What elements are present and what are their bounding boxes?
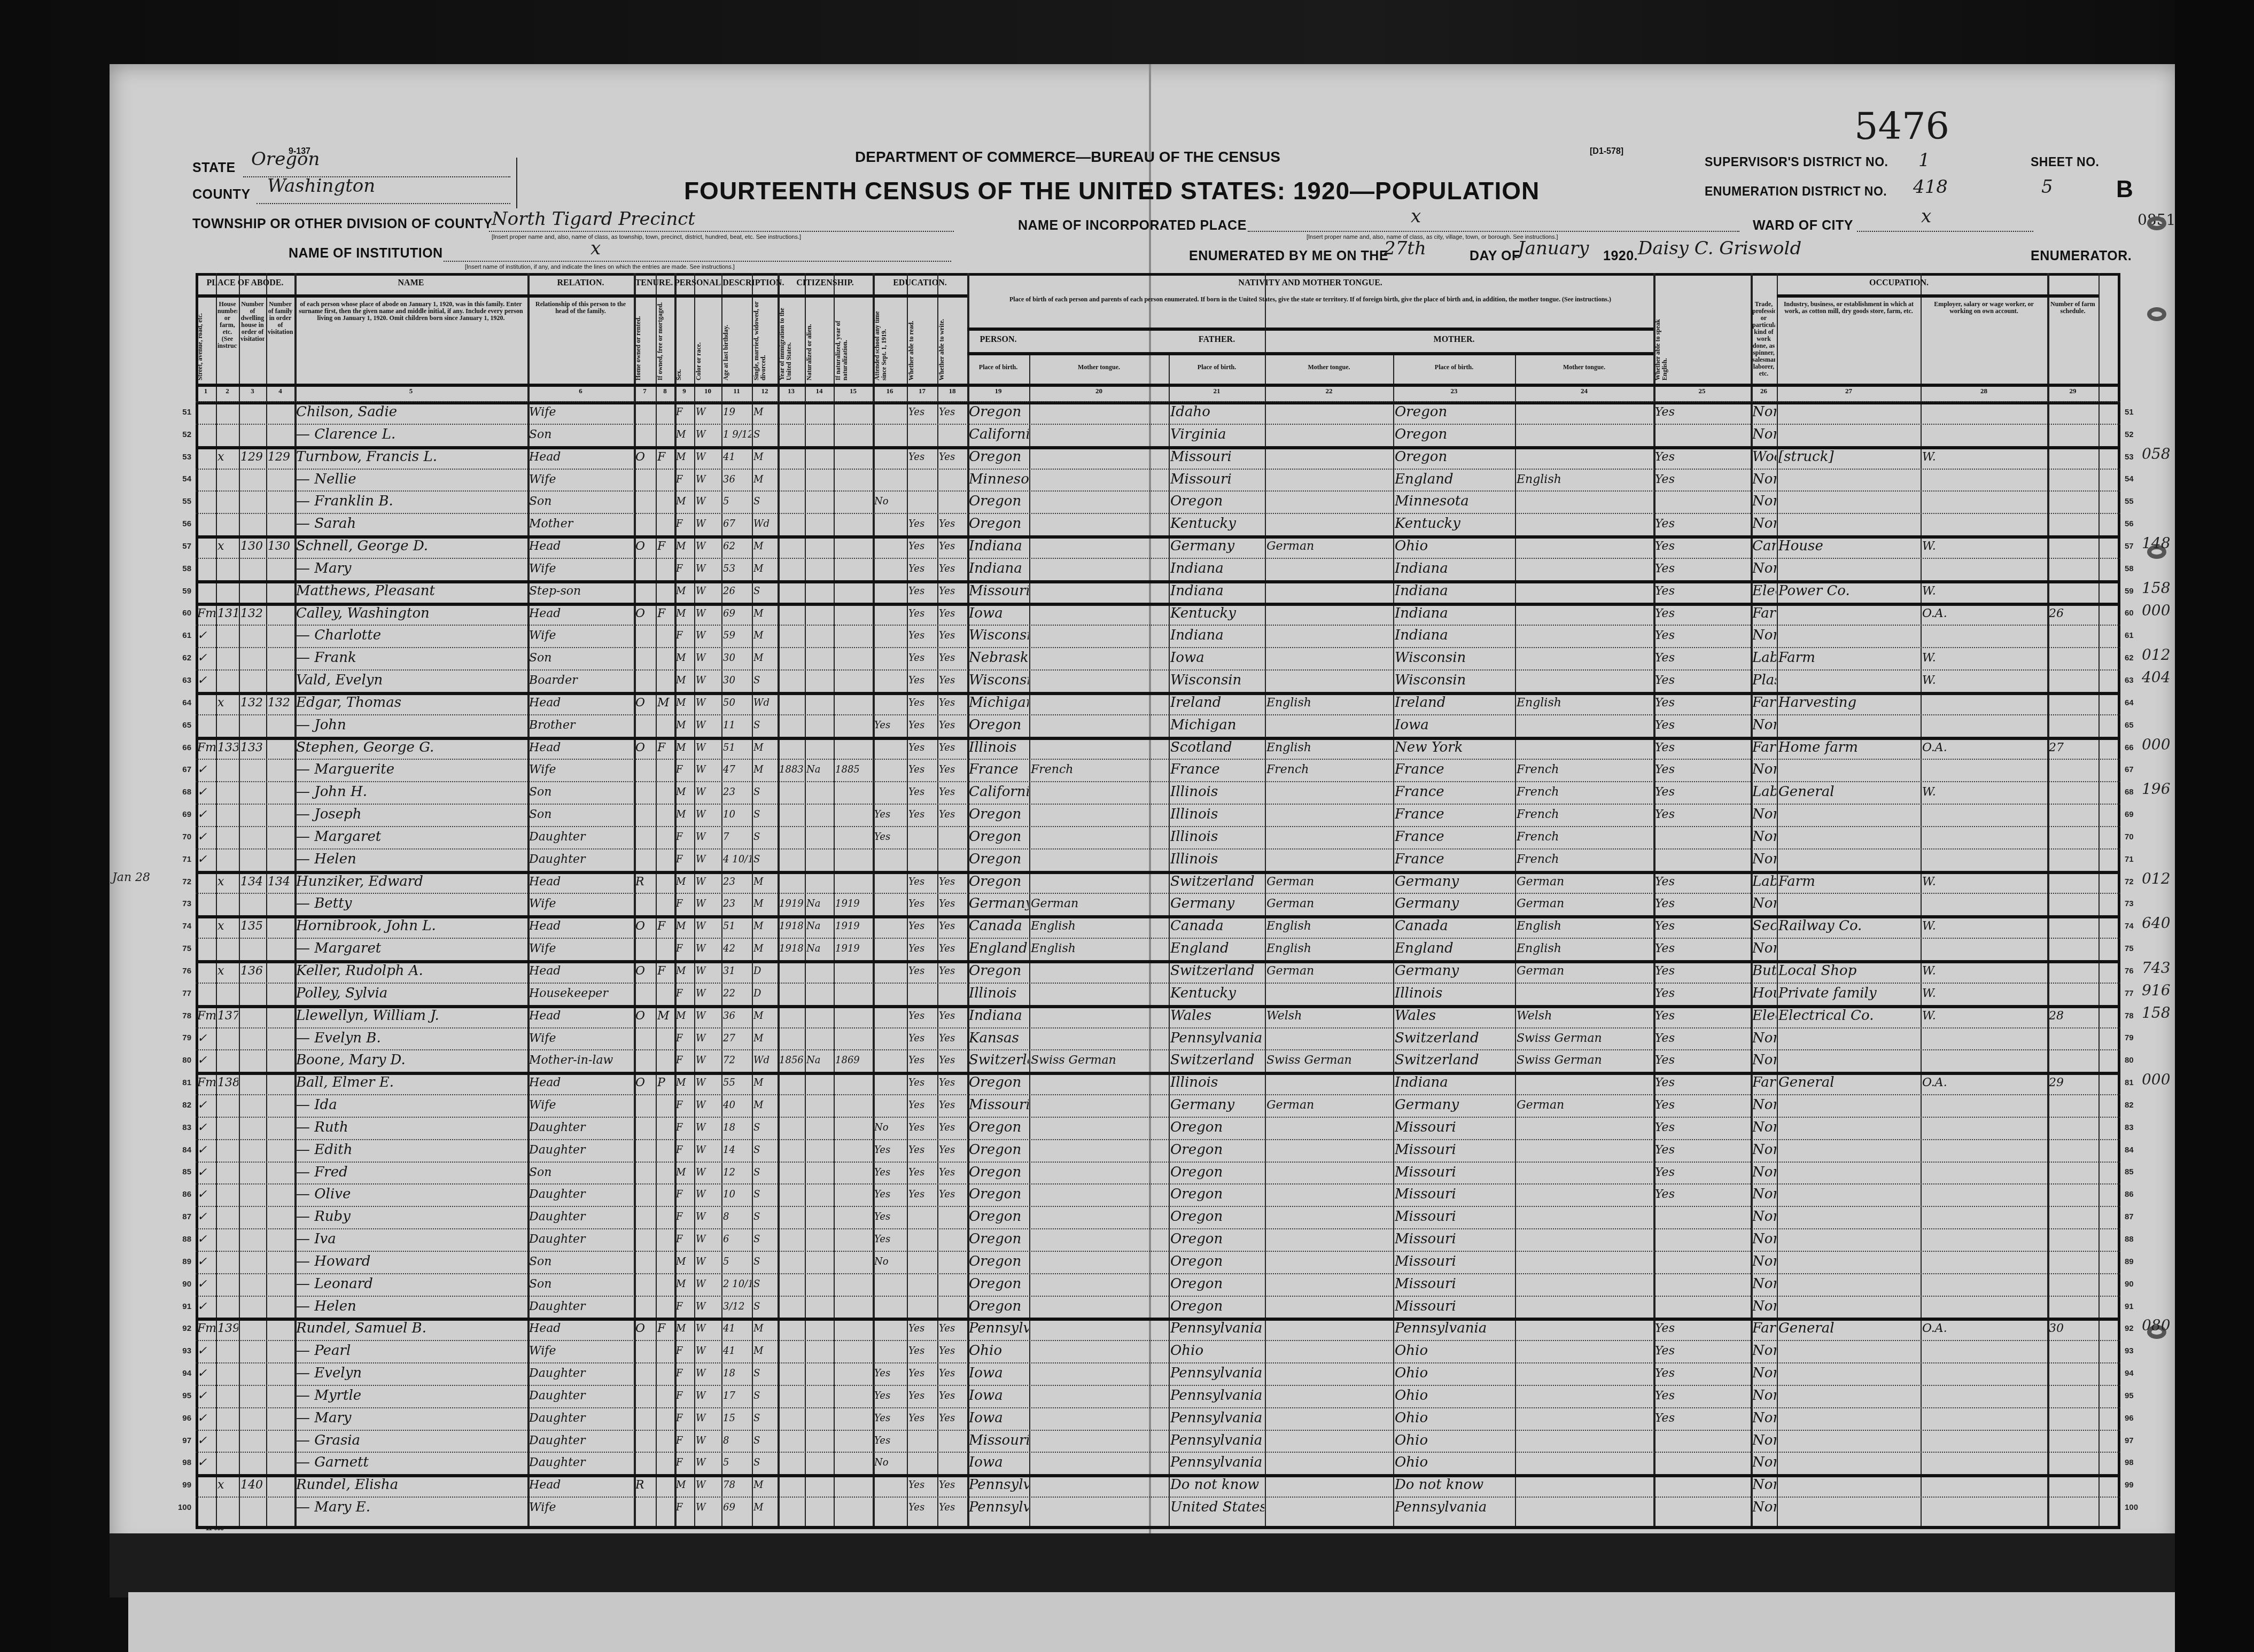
cell-mpob[interactable]: Germany [1395, 893, 1514, 915]
cell-age[interactable]: 36 [723, 1005, 751, 1027]
cell-write[interactable]: Yes [939, 446, 967, 469]
cell-mpob[interactable]: Missouri [1395, 1206, 1514, 1228]
cell-mpob[interactable]: Wales [1395, 1005, 1514, 1027]
cell-fpob[interactable]: Do not know [1170, 1474, 1264, 1497]
cell-trade[interactable]: None [1752, 893, 1776, 915]
cell-fpob[interactable]: Kentucky [1170, 603, 1264, 625]
cell-write[interactable]: Yes [939, 647, 967, 669]
cell-write[interactable]: Yes [939, 558, 967, 580]
cell-pob[interactable]: Iowa [969, 1385, 1029, 1407]
cell-name[interactable]: Vald, Evelyn [296, 669, 527, 692]
cell-ms[interactable]: S [753, 1251, 777, 1273]
cell-c2[interactable]: x [217, 446, 238, 469]
cell-rel[interactable]: Mother-in-law [529, 1049, 633, 1072]
cell-c16[interactable]: Yes [874, 1228, 906, 1251]
cell-pob[interactable]: Oregon [969, 804, 1029, 826]
cell-age[interactable]: 40 [723, 1094, 751, 1117]
cell-read[interactable]: Yes [908, 1162, 937, 1184]
cell-age[interactable]: 53 [723, 558, 751, 580]
cell-c8[interactable]: F [657, 446, 674, 469]
cell-rel[interactable]: Daughter [529, 826, 633, 848]
cell-read[interactable]: Yes [908, 938, 937, 960]
cell-age[interactable]: 55 [723, 1072, 751, 1094]
cell-ms[interactable]: S [753, 1407, 777, 1430]
cell-trade[interactable]: Wood Chopper [1752, 446, 1776, 469]
cell-fpob[interactable]: Pennsylvania [1170, 1452, 1264, 1474]
cell-read[interactable]: Yes [908, 1318, 937, 1340]
cell-mpob[interactable]: Missouri [1395, 1296, 1514, 1318]
cell-sex[interactable]: M [676, 446, 694, 469]
cell-mpob[interactable]: England [1395, 938, 1514, 960]
cell-race[interactable]: W [696, 1117, 721, 1139]
cell-fpob[interactable]: Oregon [1170, 1183, 1264, 1206]
cell-c1[interactable]: ✓ [197, 804, 215, 826]
cell-rel[interactable]: Wife [529, 1027, 633, 1050]
cell-race[interactable]: W [696, 848, 721, 871]
cell-mmt[interactable]: Swiss German [1517, 1049, 1653, 1072]
cell-mpob[interactable]: Ohio [1395, 1430, 1514, 1452]
cell-trade[interactable]: None [1752, 1251, 1776, 1273]
cell-c3[interactable]: 133 [240, 737, 266, 759]
cell-mpob[interactable]: Ohio [1395, 1340, 1514, 1362]
cell-c1[interactable]: ✓ [197, 781, 215, 804]
cell-c2[interactable]: x [217, 960, 238, 983]
cell-name[interactable]: — Joseph [296, 804, 527, 826]
cell-ms[interactable]: S [753, 781, 777, 804]
cell-c1[interactable]: ✓ [197, 1452, 215, 1474]
cell-age[interactable]: 14 [723, 1139, 751, 1162]
cell-fpob[interactable]: Switzerland [1170, 960, 1264, 983]
cell-write[interactable]: Yes [939, 960, 967, 983]
cell-read[interactable]: Yes [908, 871, 937, 893]
cell-name[interactable]: — Helen [296, 1296, 527, 1318]
cell-c1[interactable]: ✓ [197, 759, 215, 781]
cell-fpob[interactable]: Pennsylvania [1170, 1027, 1264, 1050]
cell-sex[interactable]: F [676, 1206, 694, 1228]
cell-name[interactable]: — Clarence L. [296, 424, 527, 446]
cell-emp[interactable]: O.A. [1922, 737, 2047, 759]
cell-race[interactable]: W [696, 1139, 721, 1162]
cell-read[interactable]: Yes [908, 647, 937, 669]
cell-fmt[interactable]: German [1266, 1094, 1393, 1117]
cell-pob[interactable]: Oregon [969, 1296, 1029, 1318]
cell-c1[interactable]: ✓ [197, 1183, 215, 1206]
cell-age[interactable]: 67 [723, 513, 751, 535]
cell-name[interactable]: — Howard [296, 1251, 527, 1273]
cell-c1[interactable]: ✓ [197, 1251, 215, 1273]
cell-race[interactable]: W [696, 535, 721, 558]
cell-emp[interactable]: O.A. [1922, 603, 2047, 625]
cell-sex[interactable]: M [676, 1318, 694, 1340]
cell-fpob[interactable]: Illinois [1170, 804, 1264, 826]
cell-c16[interactable]: Yes [874, 714, 906, 737]
cell-age[interactable]: 51 [723, 915, 751, 938]
cell-sex[interactable]: M [676, 424, 694, 446]
cell-trade[interactable]: Section Hand [1752, 915, 1776, 938]
cell-age[interactable]: 12 [723, 1162, 751, 1184]
cell-race[interactable]: W [696, 469, 721, 491]
cell-name[interactable]: — Mary E. [296, 1497, 527, 1519]
cell-read[interactable]: Yes [908, 1340, 937, 1362]
cell-trade[interactable]: None [1752, 1407, 1776, 1430]
cell-sex[interactable]: M [676, 915, 694, 938]
cell-emp[interactable]: W. [1922, 647, 2047, 669]
cell-age[interactable]: 41 [723, 446, 751, 469]
cell-mmt[interactable]: French [1517, 826, 1653, 848]
cell-fmt[interactable]: Welsh [1266, 1005, 1393, 1027]
cell-fpob[interactable]: Scotland [1170, 737, 1264, 759]
cell-trade[interactable]: None [1752, 1497, 1776, 1519]
cell-c1[interactable]: ✓ [197, 1162, 215, 1184]
cell-ms[interactable]: S [753, 1385, 777, 1407]
cell-fpob[interactable]: Oregon [1170, 1251, 1264, 1273]
cell-trade[interactable]: Electrician [1752, 1005, 1776, 1027]
cell-name[interactable]: — Margaret [296, 826, 527, 848]
cell-trade[interactable]: Farmer [1752, 1072, 1776, 1094]
cell-fpob[interactable]: Idaho [1170, 401, 1264, 424]
cell-eng[interactable]: Yes [1655, 513, 1750, 535]
cell-ms[interactable]: D [753, 983, 777, 1005]
cell-trade[interactable]: Housekeeper [1752, 983, 1776, 1005]
cell-c8[interactable]: F [657, 1318, 674, 1340]
cell-write[interactable]: Yes [939, 1072, 967, 1094]
cell-c16[interactable]: Yes [874, 1183, 906, 1206]
cell-ind[interactable]: Power Co. [1778, 580, 1920, 603]
cell-age[interactable]: 5 [723, 490, 751, 513]
cell-mmt[interactable]: English [1517, 915, 1653, 938]
cell-rel[interactable]: Son [529, 490, 633, 513]
cell-race[interactable]: W [696, 1452, 721, 1474]
cell-ms[interactable]: Wd [753, 692, 777, 714]
cell-c1[interactable]: ✓ [197, 1362, 215, 1385]
cell-read[interactable]: Yes [908, 669, 937, 692]
cell-ms[interactable]: M [753, 1474, 777, 1497]
cell-rel[interactable]: Son [529, 424, 633, 446]
cell-name[interactable]: — Frank [296, 647, 527, 669]
cell-c1[interactable]: ✓ [197, 1407, 215, 1430]
cell-read[interactable]: Yes [908, 625, 937, 647]
cell-name[interactable]: — Fred [296, 1162, 527, 1184]
cell-fpob[interactable]: Pennsylvania [1170, 1407, 1264, 1430]
cell-fmt[interactable]: Swiss German [1266, 1049, 1393, 1072]
cell-rel[interactable]: Daughter [529, 1228, 633, 1251]
cell-c2[interactable]: 133 [217, 737, 238, 759]
cell-fpob[interactable]: England [1170, 938, 1264, 960]
cell-sex[interactable]: M [676, 960, 694, 983]
cell-sex[interactable]: F [676, 469, 694, 491]
cell-c7[interactable]: O [635, 1318, 655, 1340]
cell-trade[interactable]: None [1752, 1027, 1776, 1050]
cell-eng[interactable]: Yes [1655, 558, 1750, 580]
cell-pob[interactable]: Pennsylvania [969, 1474, 1029, 1497]
cell-eng[interactable]: Yes [1655, 804, 1750, 826]
cell-age[interactable]: 5 [723, 1452, 751, 1474]
cell-c1[interactable]: ✓ [197, 1385, 215, 1407]
cell-c3[interactable]: 129 [240, 446, 266, 469]
cell-c1[interactable]: ✓ [197, 1027, 215, 1050]
cell-pob[interactable]: Pennsylvania [969, 1318, 1029, 1340]
cell-mpob[interactable]: Oregon [1395, 401, 1514, 424]
cell-fpob[interactable]: Oregon [1170, 1117, 1264, 1139]
cell-race[interactable]: W [696, 490, 721, 513]
cell-write[interactable]: Yes [939, 1139, 967, 1162]
cell-rel[interactable]: Daughter [529, 1183, 633, 1206]
cell-c2[interactable]: x [217, 871, 238, 893]
cell-fpob[interactable]: Indiana [1170, 558, 1264, 580]
cell-mmt[interactable]: German [1517, 960, 1653, 983]
cell-rel[interactable]: Daughter [529, 1362, 633, 1385]
cell-name[interactable]: Polley, Sylvia [296, 983, 527, 1005]
cell-pob[interactable]: Oregon [969, 1273, 1029, 1296]
cell-sex[interactable]: M [676, 603, 694, 625]
cell-race[interactable]: W [696, 737, 721, 759]
cell-trade[interactable]: None [1752, 469, 1776, 491]
cell-rel[interactable]: Wife [529, 893, 633, 915]
cell-ind[interactable]: [struck] [1778, 446, 1920, 469]
cell-pob[interactable]: Oregon [969, 1251, 1029, 1273]
cell-pob[interactable]: Oregon [969, 826, 1029, 848]
cell-mpob[interactable]: Indiana [1395, 558, 1514, 580]
cell-race[interactable]: W [696, 669, 721, 692]
cell-name[interactable]: Boone, Mary D. [296, 1049, 527, 1072]
cell-race[interactable]: W [696, 1385, 721, 1407]
cell-rel[interactable]: Son [529, 804, 633, 826]
cell-trade[interactable]: Farmer [1752, 737, 1776, 759]
cell-fpob[interactable]: Pennsylvania [1170, 1318, 1264, 1340]
cell-trade[interactable]: Electrician [1752, 580, 1776, 603]
cell-pob[interactable]: Missouri [969, 1094, 1029, 1117]
cell-mpob[interactable]: England [1395, 469, 1514, 491]
cell-race[interactable]: W [696, 1273, 721, 1296]
cell-ind[interactable]: Farm [1778, 647, 1920, 669]
cell-c3[interactable]: 130 [240, 535, 266, 558]
cell-c3[interactable]: 132 [240, 603, 266, 625]
cell-fpob[interactable]: Germany [1170, 893, 1264, 915]
cell-fpob[interactable]: Oregon [1170, 1273, 1264, 1296]
cell-emp[interactable]: W. [1922, 983, 2047, 1005]
cell-pob[interactable]: Oregon [969, 1228, 1029, 1251]
cell-trade[interactable]: None [1752, 1430, 1776, 1452]
cell-c14[interactable]: Na [806, 893, 833, 915]
cell-age[interactable]: 23 [723, 893, 751, 915]
cell-trade[interactable]: None [1752, 1206, 1776, 1228]
cell-name[interactable]: Calley, Washington [296, 603, 527, 625]
cell-rel[interactable]: Wife [529, 1094, 633, 1117]
cell-age[interactable]: 11 [723, 714, 751, 737]
cell-fpob[interactable]: Kentucky [1170, 983, 1264, 1005]
cell-c15[interactable]: 1919 [835, 893, 872, 915]
cell-write[interactable]: Yes [939, 1340, 967, 1362]
cell-c13[interactable]: 1919 [779, 893, 804, 915]
cell-eng[interactable]: Yes [1655, 983, 1750, 1005]
cell-age[interactable]: 30 [723, 669, 751, 692]
cell-name[interactable]: — Myrtle [296, 1385, 527, 1407]
cell-pob[interactable]: Iowa [969, 1362, 1029, 1385]
cell-sex[interactable]: F [676, 826, 694, 848]
cell-trade[interactable]: None [1752, 848, 1776, 871]
cell-name[interactable]: — Grasia [296, 1430, 527, 1452]
cell-pob[interactable]: Oregon [969, 871, 1029, 893]
cell-pob[interactable]: Iowa [969, 1407, 1029, 1430]
cell-name[interactable]: Chilson, Sadie [296, 401, 527, 424]
cell-write[interactable]: Yes [939, 580, 967, 603]
cell-write[interactable]: Yes [939, 915, 967, 938]
cell-age[interactable]: 3/12 [723, 1296, 751, 1318]
cell-race[interactable]: W [696, 424, 721, 446]
cell-name[interactable]: — Marguerite [296, 759, 527, 781]
cell-emp[interactable]: O.A. [1922, 1072, 2047, 1094]
cell-c3[interactable]: 135 [240, 915, 266, 938]
cell-ms[interactable]: S [753, 826, 777, 848]
cell-race[interactable]: W [696, 938, 721, 960]
cell-read[interactable]: Yes [908, 1385, 937, 1407]
cell-write[interactable]: Yes [939, 871, 967, 893]
cell-trade[interactable]: None [1752, 1049, 1776, 1072]
cell-eng[interactable]: Yes [1655, 1094, 1750, 1117]
cell-c1[interactable]: ✓ [197, 1296, 215, 1318]
cell-race[interactable]: W [696, 781, 721, 804]
cell-race[interactable]: W [696, 960, 721, 983]
cell-c2[interactable]: 137 [217, 1005, 238, 1027]
cell-fpob[interactable]: Ohio [1170, 1340, 1264, 1362]
cell-age[interactable]: 31 [723, 960, 751, 983]
cell-race[interactable]: W [696, 692, 721, 714]
cell-read[interactable]: Yes [908, 1117, 937, 1139]
cell-race[interactable]: W [696, 1296, 721, 1318]
cell-c1[interactable]: Fm. [197, 1318, 215, 1340]
cell-c1[interactable]: ✓ [197, 1049, 215, 1072]
cell-name[interactable]: — Helen [296, 848, 527, 871]
cell-fpob[interactable]: Indiana [1170, 625, 1264, 647]
cell-emp[interactable]: W. [1922, 960, 2047, 983]
cell-race[interactable]: W [696, 1474, 721, 1497]
cell-ind[interactable]: Harvesting [1778, 692, 1920, 714]
cell-trade[interactable]: Laborer [1752, 647, 1776, 669]
cell-pob[interactable]: Ohio [969, 1340, 1029, 1362]
cell-pob[interactable]: Indiana [969, 535, 1029, 558]
cell-fmt[interactable]: English [1266, 915, 1393, 938]
cell-fpob[interactable]: Michigan [1170, 714, 1264, 737]
cell-trade[interactable]: Farmer [1752, 603, 1776, 625]
cell-rel[interactable]: Wife [529, 759, 633, 781]
cell-c1[interactable]: ✓ [197, 1340, 215, 1362]
cell-read[interactable]: Yes [908, 737, 937, 759]
cell-sex[interactable]: F [676, 1183, 694, 1206]
cell-ms[interactable]: M [753, 737, 777, 759]
cell-trade[interactable]: None [1752, 804, 1776, 826]
cell-eng[interactable]: Yes [1655, 1005, 1750, 1027]
cell-mpob[interactable]: Pennsylvania [1395, 1318, 1514, 1340]
cell-fpob[interactable]: United States [1170, 1497, 1264, 1519]
cell-trade[interactable]: None [1752, 401, 1776, 424]
cell-ms[interactable]: M [753, 1027, 777, 1050]
cell-c1[interactable]: ✓ [197, 1139, 215, 1162]
cell-fpob[interactable]: Oregon [1170, 1206, 1264, 1228]
cell-c8[interactable]: M [657, 1005, 674, 1027]
cell-name[interactable]: Keller, Rudolph A. [296, 960, 527, 983]
cell-age[interactable]: 41 [723, 1318, 751, 1340]
cell-sex[interactable]: F [676, 513, 694, 535]
cell-name[interactable]: — Betty [296, 893, 527, 915]
cell-rel[interactable]: Son [529, 1162, 633, 1184]
cell-name[interactable]: Rundel, Samuel B. [296, 1318, 527, 1340]
cell-farm[interactable]: 29 [2049, 1072, 2098, 1094]
cell-ms[interactable]: Wd [753, 513, 777, 535]
cell-rel[interactable]: Step-son [529, 580, 633, 603]
cell-ms[interactable]: M [753, 759, 777, 781]
cell-trade[interactable]: Farmer [1752, 1318, 1776, 1340]
cell-c1[interactable]: ✓ [197, 625, 215, 647]
cell-trade[interactable]: Laborer [1752, 781, 1776, 804]
cell-rel[interactable]: Housekeeper [529, 983, 633, 1005]
cell-ms[interactable]: M [753, 938, 777, 960]
cell-pob[interactable]: Oregon [969, 1139, 1029, 1162]
cell-eng[interactable]: Yes [1655, 1139, 1750, 1162]
cell-fpob[interactable]: Indiana [1170, 580, 1264, 603]
cell-ms[interactable]: S [753, 1273, 777, 1296]
cell-pob[interactable]: Pennsylvania [969, 1497, 1029, 1519]
cell-read[interactable]: Yes [908, 1027, 937, 1050]
cell-pob[interactable]: France [969, 759, 1029, 781]
cell-name[interactable]: — Nellie [296, 469, 527, 491]
cell-c13[interactable]: 1918 [779, 915, 804, 938]
cell-fpob[interactable]: Oregon [1170, 490, 1264, 513]
cell-trade[interactable]: Carpenter [1752, 535, 1776, 558]
cell-trade[interactable]: Butcher [1752, 960, 1776, 983]
cell-race[interactable]: W [696, 1072, 721, 1094]
cell-rel[interactable]: Head [529, 603, 633, 625]
cell-emp[interactable]: W. [1922, 669, 2047, 692]
cell-emp[interactable]: O.A. [1922, 1318, 2047, 1340]
cell-age[interactable]: 27 [723, 1027, 751, 1050]
cell-ms[interactable]: M [753, 893, 777, 915]
cell-write[interactable]: Yes [939, 535, 967, 558]
cell-age[interactable]: 6 [723, 1228, 751, 1251]
cell-c14[interactable]: Na [806, 938, 833, 960]
cell-mpob[interactable]: Canada [1395, 915, 1514, 938]
cell-rel[interactable]: Daughter [529, 1206, 633, 1228]
cell-c1[interactable]: ✓ [197, 1228, 215, 1251]
cell-mpob[interactable]: Iowa [1395, 714, 1514, 737]
cell-rel[interactable]: Son [529, 1251, 633, 1273]
cell-ms[interactable]: M [753, 1340, 777, 1362]
cell-read[interactable]: Yes [908, 1362, 937, 1385]
cell-c14[interactable]: Na [806, 759, 833, 781]
cell-mpob[interactable]: Switzerland [1395, 1027, 1514, 1050]
cell-race[interactable]: W [696, 603, 721, 625]
cell-fpob[interactable]: Kentucky [1170, 513, 1264, 535]
cell-sex[interactable]: F [676, 938, 694, 960]
cell-pob[interactable]: Missouri [969, 1430, 1029, 1452]
cell-age[interactable]: 62 [723, 535, 751, 558]
cell-c16[interactable]: Yes [874, 1362, 906, 1385]
cell-name[interactable]: Matthews, Pleasant [296, 580, 527, 603]
cell-trade[interactable]: Farmer / None [1752, 692, 1776, 714]
cell-ms[interactable]: M [753, 1072, 777, 1094]
cell-race[interactable]: W [696, 1497, 721, 1519]
cell-ind[interactable]: General [1778, 1318, 1920, 1340]
cell-eng[interactable]: Yes [1655, 446, 1750, 469]
cell-rel[interactable]: Son [529, 1273, 633, 1296]
cell-rel[interactable]: Daughter [529, 1452, 633, 1474]
cell-name[interactable]: — Leonard [296, 1273, 527, 1296]
cell-mmt[interactable]: English [1517, 938, 1653, 960]
cell-sex[interactable]: M [676, 871, 694, 893]
cell-sex[interactable]: M [676, 647, 694, 669]
cell-write[interactable]: Yes [939, 737, 967, 759]
cell-mpob[interactable]: Ohio [1395, 1407, 1514, 1430]
cell-write[interactable]: Yes [939, 1162, 967, 1184]
